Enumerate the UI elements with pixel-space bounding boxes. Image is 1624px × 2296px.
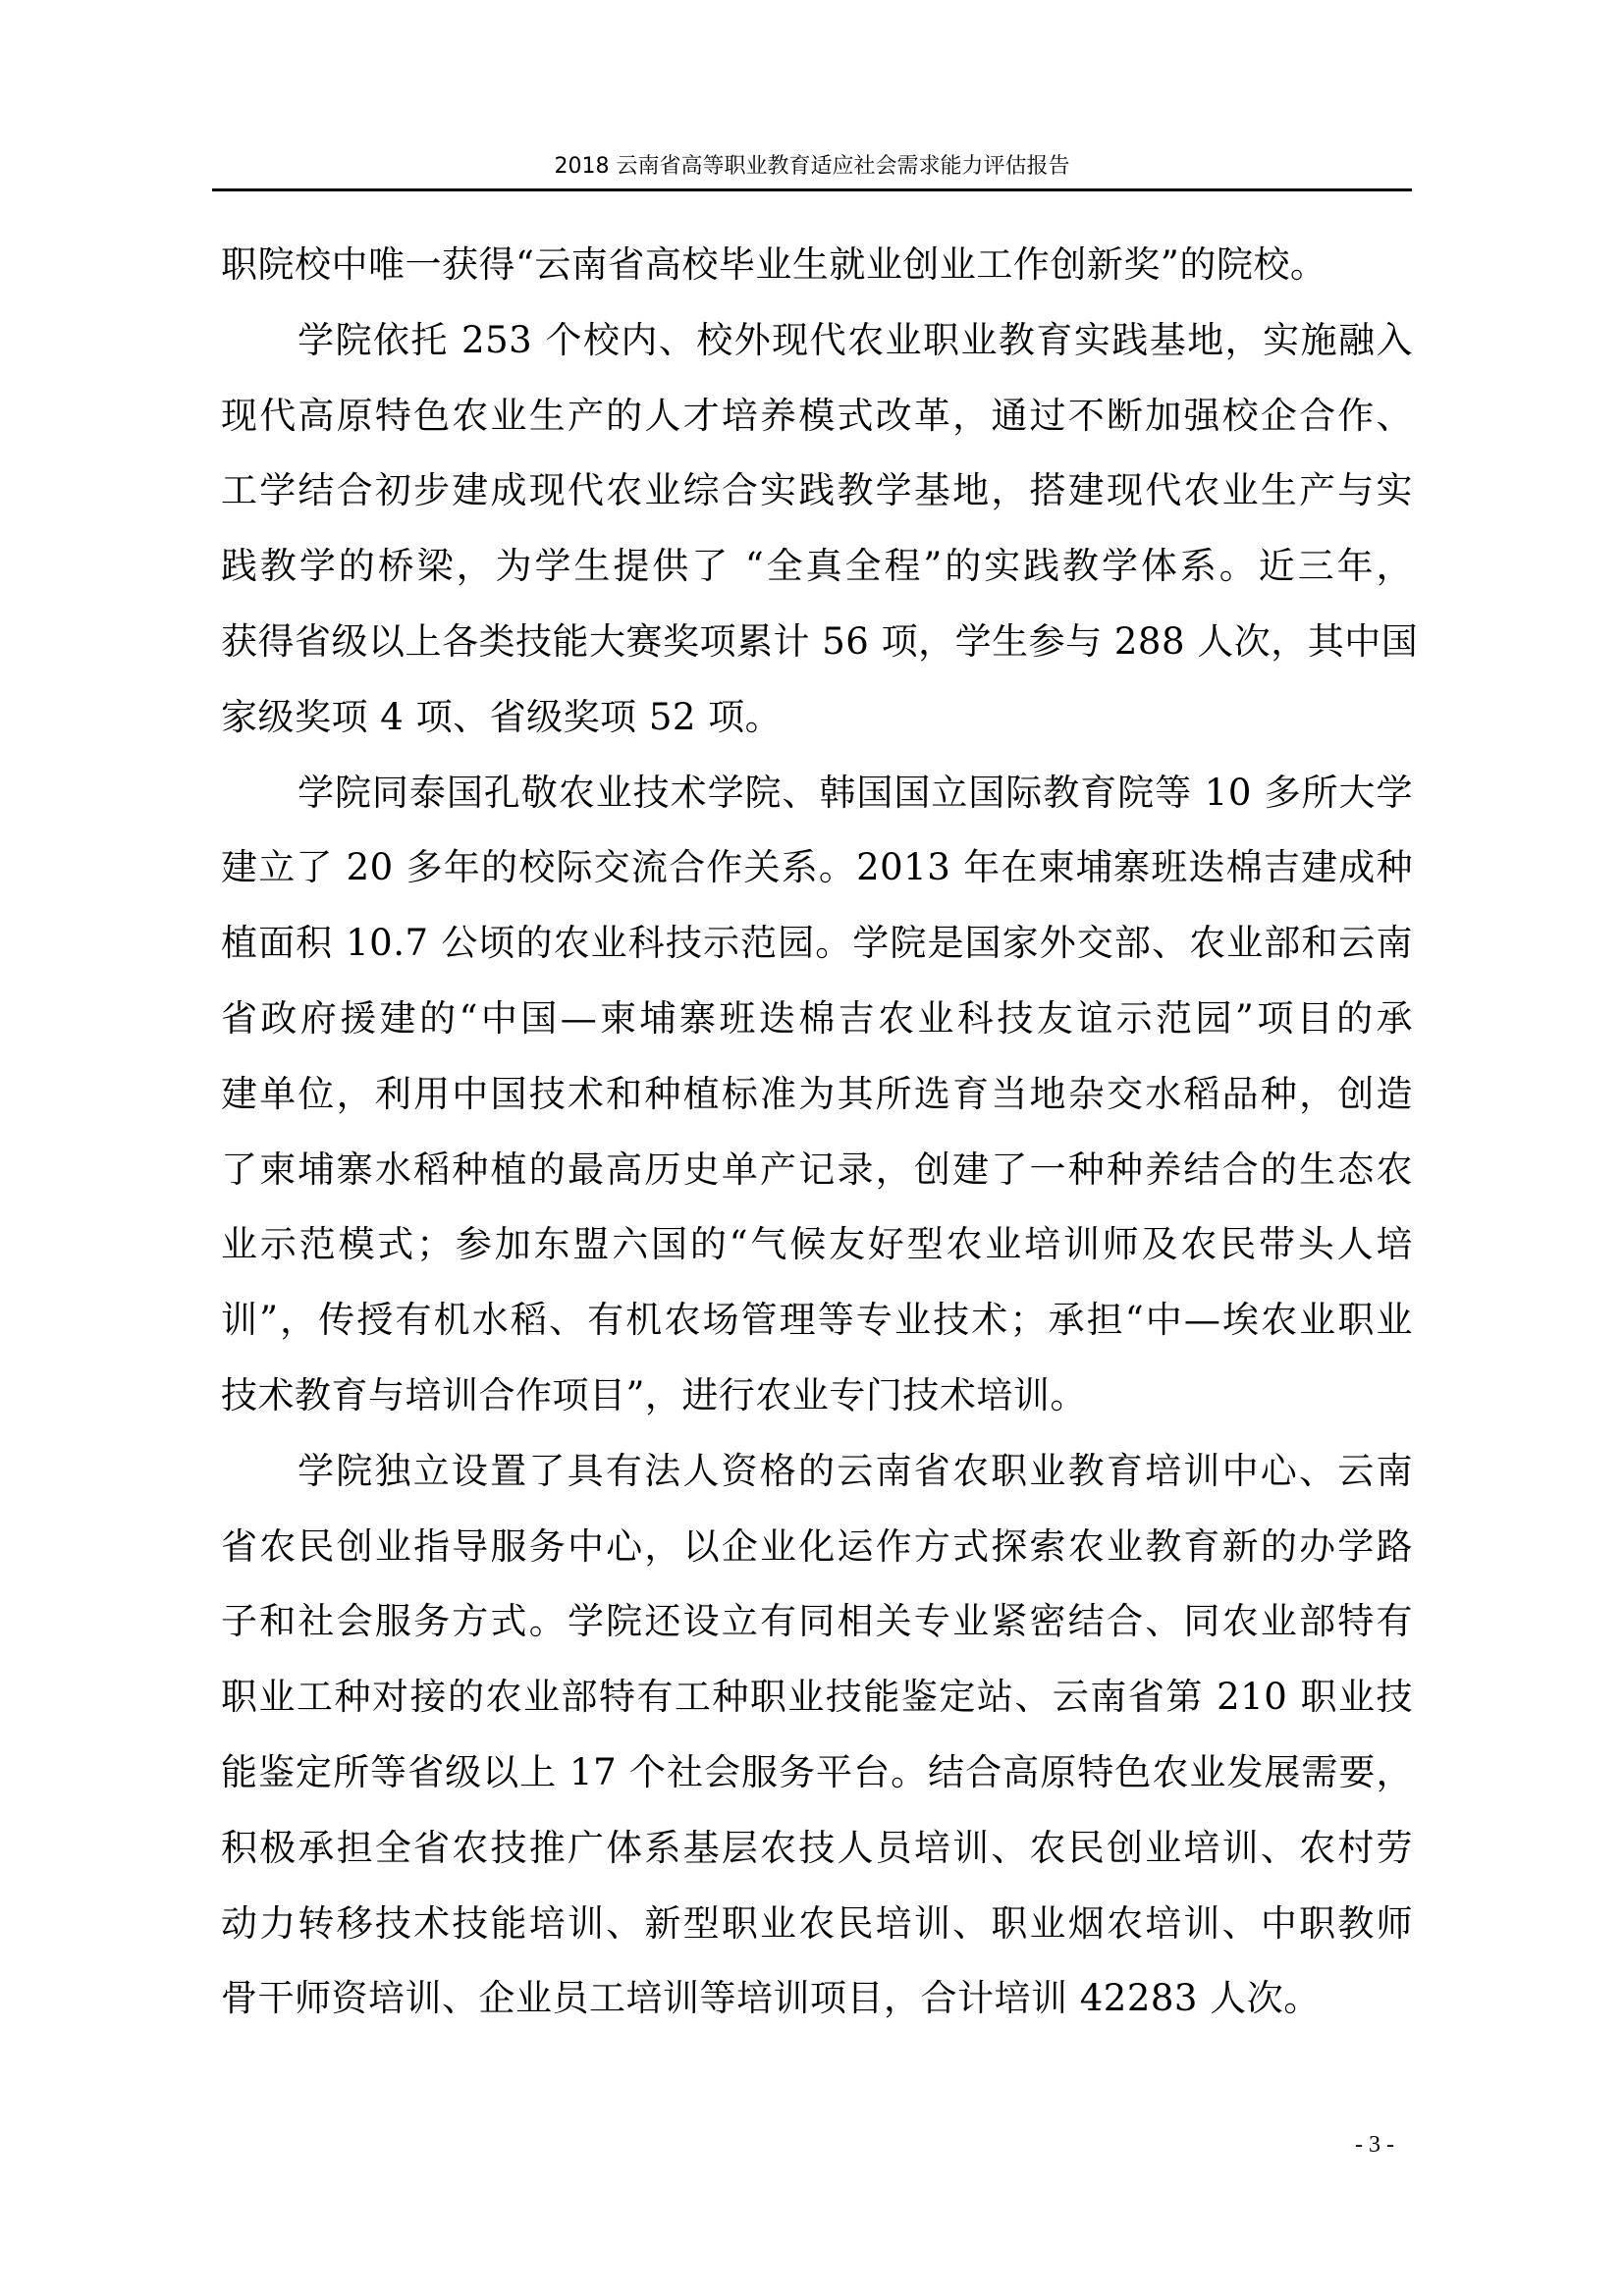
- paragraph-line: 了柬埔寨水稻种植的最高历史单产记录，创建了一种种养结合的生态农: [221, 1148, 1413, 1224]
- paragraph-line: 获得省级以上各类技能大赛奖项累计 56 项，学生参与 288 人次，其中国: [221, 620, 1413, 696]
- paragraph-line: 植面积 10.7 公顷的农业科技示范园。学院是国家外交部、农业部和云南: [221, 922, 1413, 997]
- paragraph-line: 训”，传授有机水稻、有机农场管理等专业技术；承担“中—埃农业职业: [221, 1299, 1413, 1374]
- document-body: 职院校中唯一获得“云南省高校毕业生就业创业工作创新奖”的院校。学院依托 253 …: [221, 243, 1413, 2053]
- paragraph-line: 技术教育与培训合作项目”，进行农业专门技术培训。: [221, 1374, 1413, 1450]
- paragraph-line: 省农民创业指导服务中心，以企业化运作方式探索农业教育新的办学路: [221, 1525, 1413, 1601]
- paragraph-line: 现代高原特色农业生产的人才培养模式改革，通过不断加强校企合作、: [221, 395, 1413, 470]
- page-header-title: 2018 云南省高等职业教育适应社会需求能力评估报告: [212, 153, 1412, 181]
- paragraph-line: 积极承担全省农技推广体系基层农技人员培训、农民创业培训、农村劳: [221, 1827, 1413, 1902]
- paragraph-line: 能鉴定所等省级以上 17 个社会服务平台。结合高原特色农业发展需要，: [221, 1751, 1413, 1827]
- paragraph-line: 省政府援建的“中国—柬埔寨班迭棉吉农业科技友谊示范园”项目的承: [221, 997, 1413, 1073]
- header-rule-divider: [212, 188, 1412, 191]
- paragraph-first-line: 学院独立设置了具有法人资格的云南省农职业教育培训中心、云南: [221, 1450, 1413, 1525]
- paragraph-line: 建单位，利用中国技术和种植标准为其所选育当地杂交水稻品种，创造: [221, 1073, 1413, 1148]
- page-number: - 3 -: [1355, 2132, 1394, 2159]
- paragraph-line: 践教学的桥梁，为学生提供了 “全真全程”的实践教学体系。近三年，: [221, 545, 1413, 620]
- paragraph-line: 家级奖项 4 项、省级奖项 52 项。: [221, 696, 1413, 772]
- paragraph-line: 职院校中唯一获得“云南省高校毕业生就业创业工作创新奖”的院校。: [221, 243, 1413, 319]
- paragraph-line: 建立了 20 多年的校际交流合作关系。2013 年在柬埔寨班迭棉吉建成种: [221, 846, 1413, 922]
- paragraph-line: 职业工种对接的农业部特有工种职业技能鉴定站、云南省第 210 职业技: [221, 1676, 1413, 1751]
- paragraph-first-line: 学院依托 253 个校内、校外现代农业职业教育实践基地，实施融入: [221, 319, 1413, 395]
- paragraph-first-line: 学院同泰国孔敬农业技术学院、韩国国立国际教育院等 10 多所大学: [221, 772, 1413, 847]
- paragraph-line: 动力转移技术技能培训、新型职业农民培训、职业烟农培训、中职教师: [221, 1902, 1413, 1978]
- paragraph-line: 子和社会服务方式。学院还设立有同相关专业紧密结合、同农业部特有: [221, 1600, 1413, 1676]
- paragraph-line: 业示范模式；参加东盟六国的“气候友好型农业培训师及农民带头人培: [221, 1223, 1413, 1299]
- paragraph-line: 骨干师资培训、企业员工培训等培训项目，合计培训 42283 人次。: [221, 1977, 1413, 2053]
- paragraph-line: 工学结合初步建成现代农业综合实践教学基地，搭建现代农业生产与实: [221, 469, 1413, 545]
